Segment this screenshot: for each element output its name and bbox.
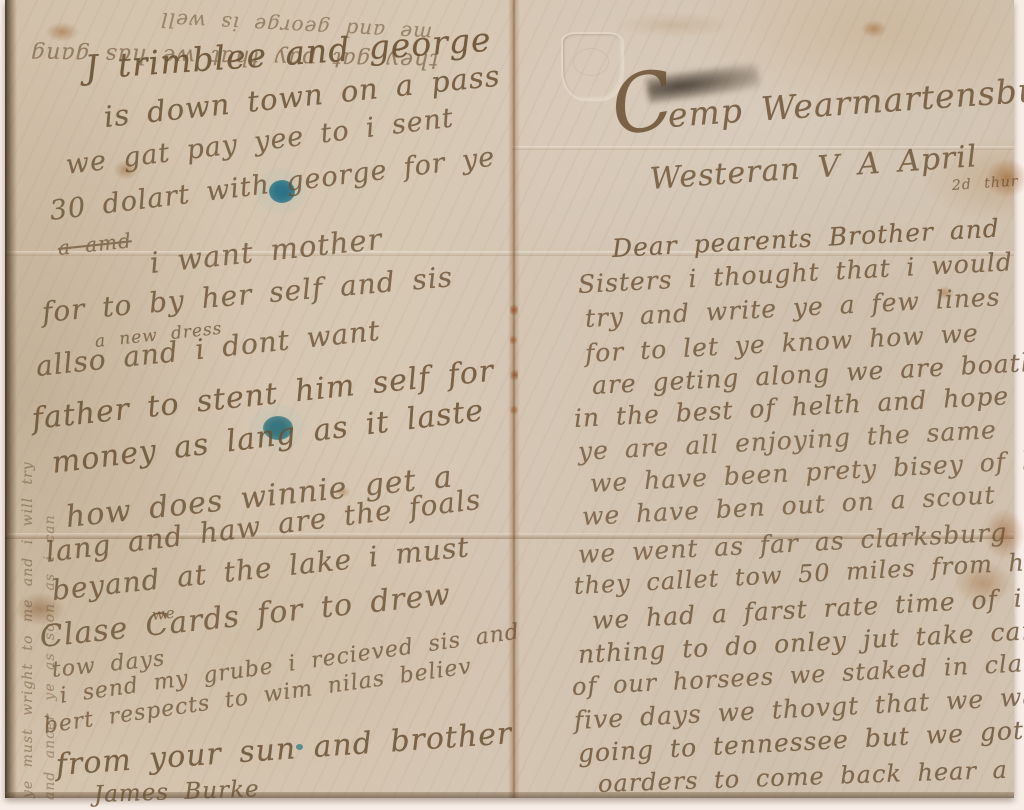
header-place: emp Wearmartensbur bbox=[667, 69, 1024, 135]
margin-note: and ancer ye as soon as i can bbox=[42, 514, 58, 800]
handwriting-line: for to by her self and sis bbox=[41, 260, 455, 329]
header-date: 2d thur bbox=[951, 173, 1019, 194]
signature: James Burke bbox=[94, 776, 261, 808]
letter-scan: J trimblee and georgeis down town on a p… bbox=[0, 0, 1024, 810]
handwriting-line: a amd bbox=[57, 228, 133, 260]
handwriting-layer: J trimblee and georgeis down town on a p… bbox=[0, 0, 1024, 810]
header-region: Westeran V A April bbox=[649, 139, 979, 197]
margin-note: ye must wright to me and i will try bbox=[20, 461, 36, 798]
